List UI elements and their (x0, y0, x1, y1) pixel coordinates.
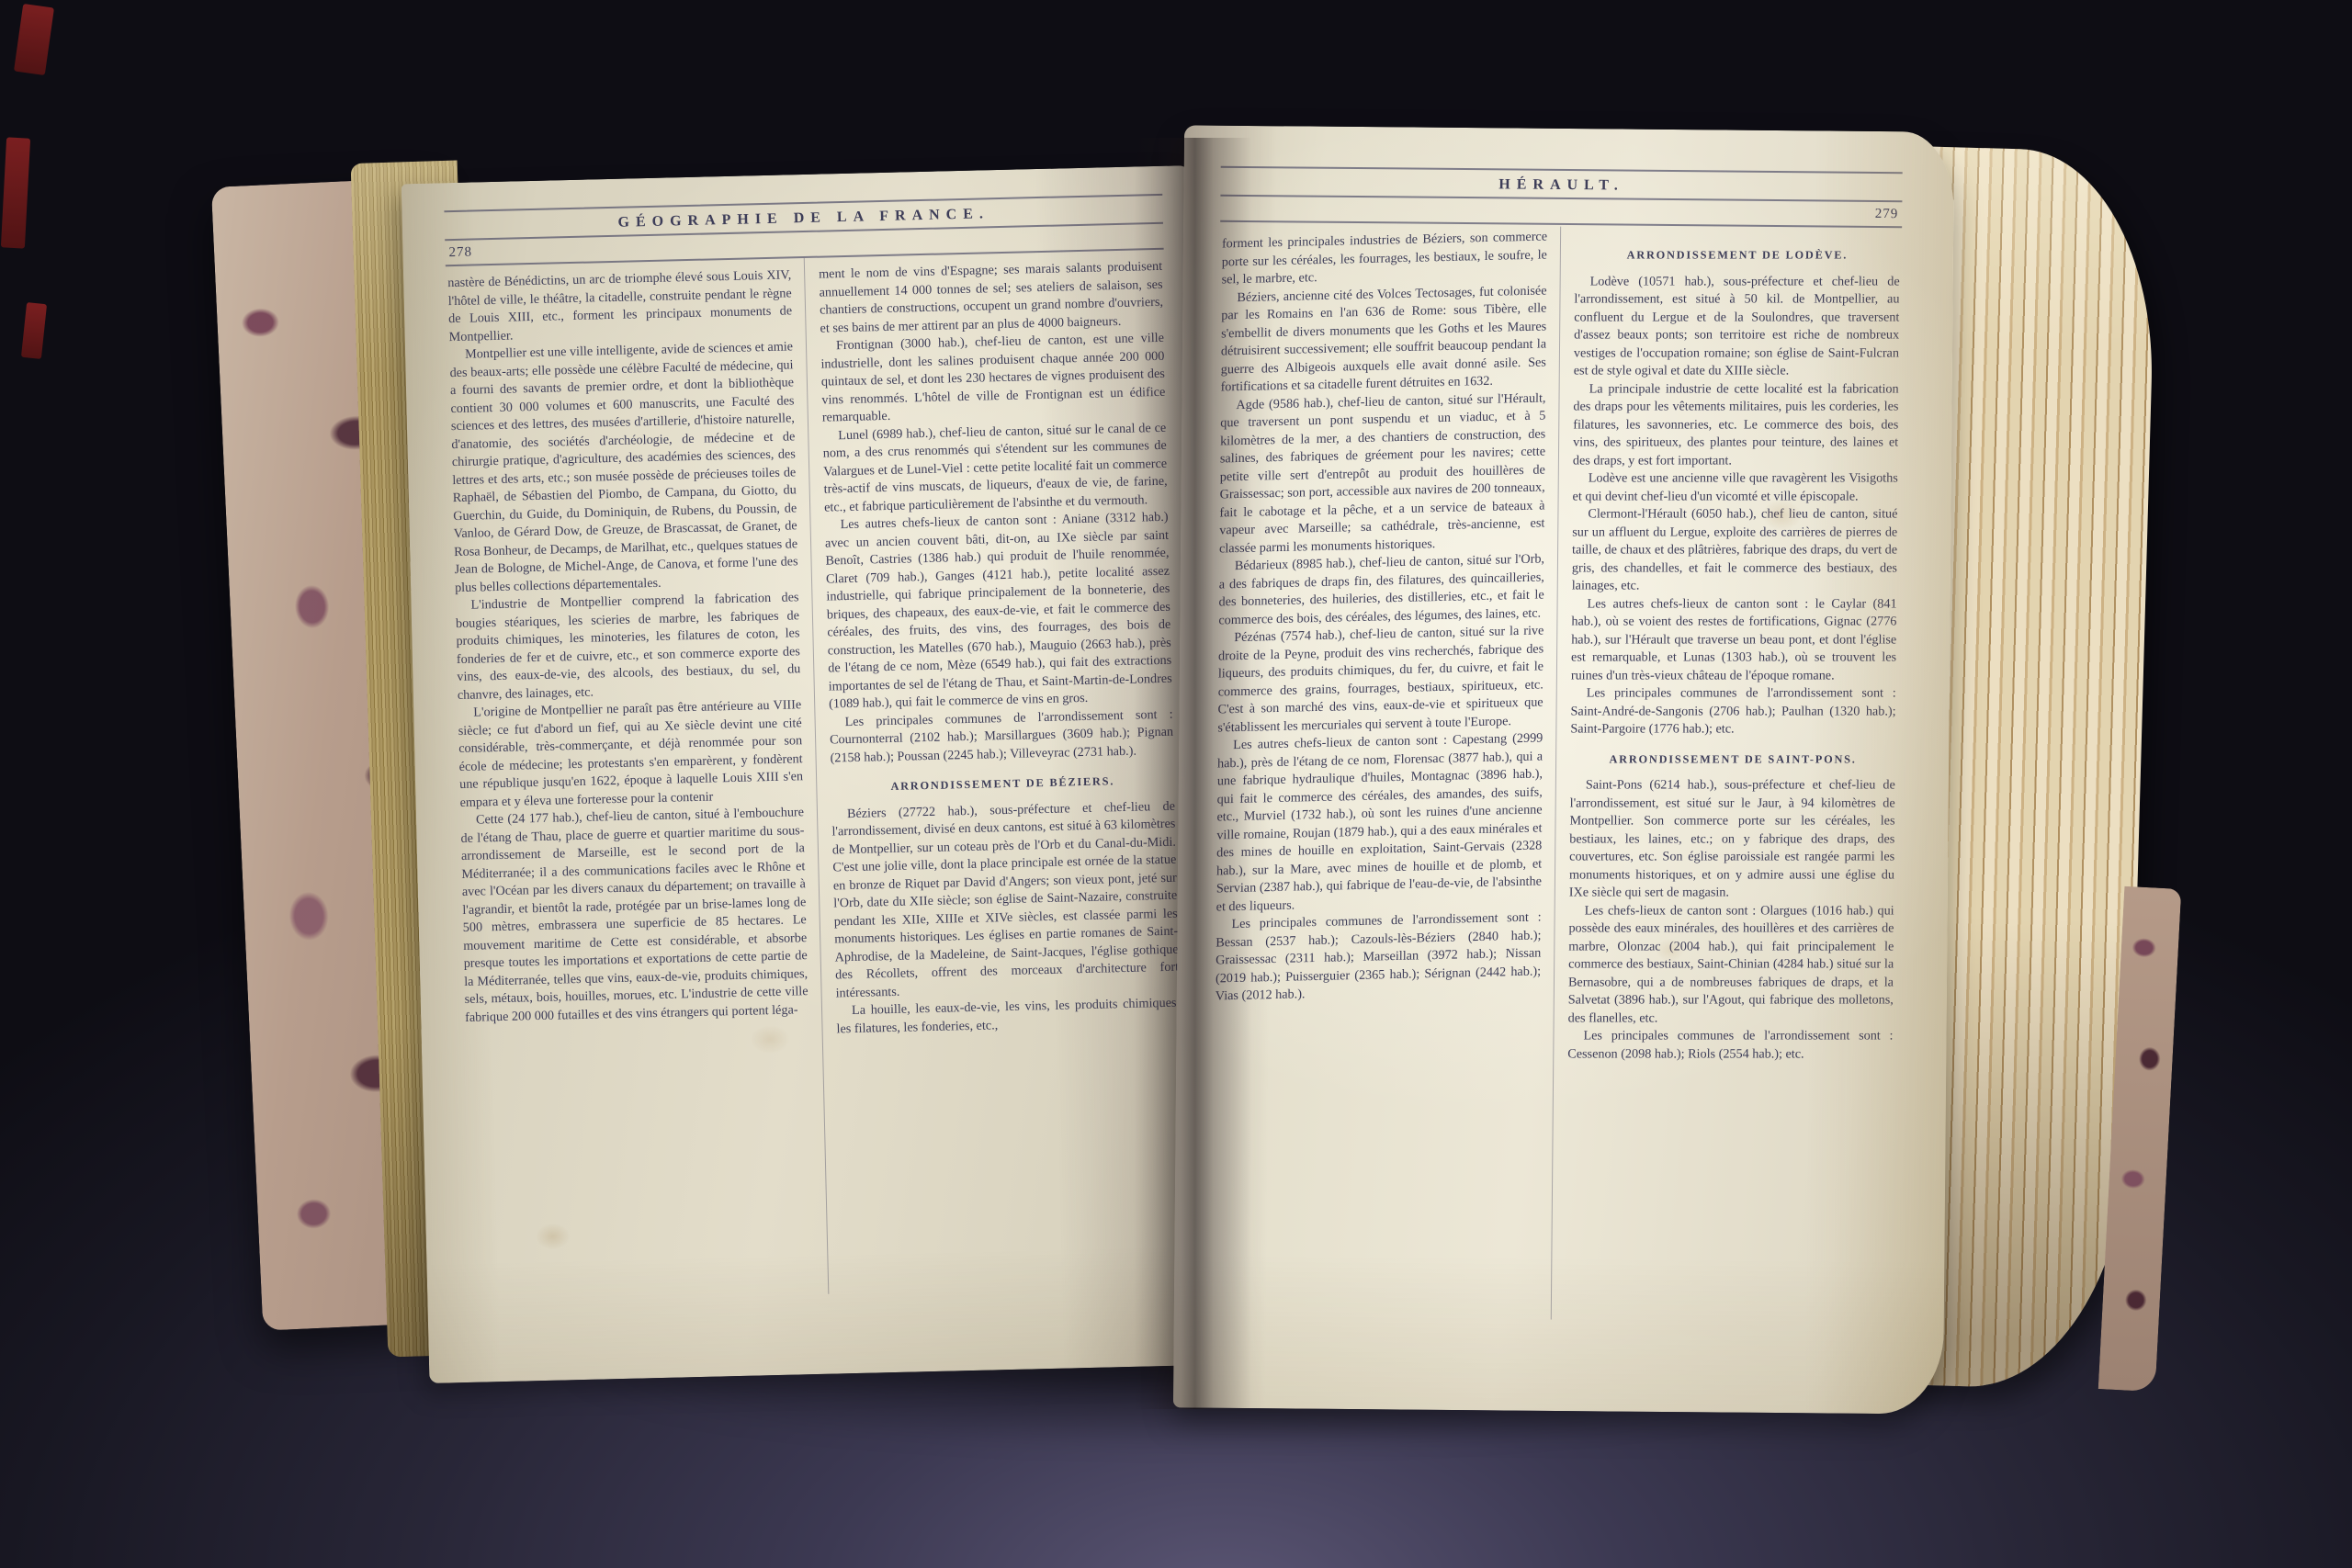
paragraph: L'origine de Montpellier ne paraît pas ê… (458, 696, 804, 812)
text-columns: nastère de Bénédictins, un arc de triomp… (446, 250, 1188, 1303)
section-heading: ARRONDISSEMENT DE LODÈVE. (1578, 247, 1896, 265)
paragraph: Les autres chefs-lieux de canton sont : … (824, 509, 1172, 714)
right-page-content: HÉRAULT. 279 forment les principales ind… (1210, 166, 1902, 1377)
left-page-content: GÉOGRAPHIE DE LA FRANCE. 278 nastère de … (444, 194, 1189, 1351)
paragraph: Béziers (27722 hab.), sous-préfecture et… (831, 797, 1180, 1002)
paragraph: nastère de Bénédictins, un arc de triomp… (447, 266, 793, 346)
text-column-right: ARRONDISSEMENT DE LODÈVE.Lodève (10571 h… (1551, 227, 1902, 1320)
red-cover-accent (14, 4, 54, 75)
paragraph: Les principales communes de l'arrondisse… (829, 705, 1173, 767)
paragraph: Les autres chefs-lieux de canton sont : … (1216, 729, 1543, 916)
left-page: GÉOGRAPHIE DE LA FRANCE. 278 nastère de … (401, 165, 1222, 1383)
text-columns: forment les principales industries de Bé… (1211, 222, 1902, 1321)
paragraph: forment les principales industries de Bé… (1222, 228, 1548, 289)
text-column-right: ment le nom de vins d'Espagne; ses marai… (804, 250, 1188, 1294)
paragraph: Béziers, ancienne cité des Volces Tectos… (1221, 282, 1547, 397)
paragraph: Bédarieux (8985 hab.), chef-lieu de cant… (1218, 550, 1544, 629)
paragraph: Cette (24 177 hab.), chef-lieu de canton… (460, 804, 808, 1027)
paragraph: Les principales communes de l'arrondisse… (1570, 685, 1896, 739)
paragraph: L'industrie de Montpellier comprend la f… (455, 589, 801, 705)
paragraph: Les autres chefs-lieux de canton sont : … (1571, 595, 1897, 684)
paragraph: Lodève est une ancienne ville que ravagè… (1573, 470, 1898, 506)
text-column-left: nastère de Bénédictins, un arc de triomp… (446, 258, 828, 1303)
photo-of-open-book: GÉOGRAPHIE DE LA FRANCE. 278 nastère de … (0, 0, 2352, 1568)
paragraph: Lodève (10571 hab.), sous-préfecture et … (1574, 273, 1900, 380)
paragraph: Pézénas (7574 hab.), chef-lieu de canton… (1217, 622, 1543, 737)
paragraph: Les chefs-lieux de canton sont : Olargue… (1568, 902, 1894, 1027)
paragraph: La principale industrie de cette localit… (1573, 380, 1899, 469)
paragraph: ment le nom de vins d'Espagne; ses marai… (819, 258, 1164, 338)
paragraph: Les principales communes de l'arrondisse… (1216, 908, 1542, 1006)
page-number: 278 (448, 245, 472, 262)
right-page: HÉRAULT. 279 forment les principales ind… (1173, 125, 1954, 1414)
paragraph: Les principales communes de l'arrondisse… (1567, 1028, 1893, 1064)
paragraph: Agde (9586 hab.), chef-lieu de canton, s… (1219, 389, 1546, 558)
page-number: 279 (1875, 207, 1899, 222)
text-column-left: forment les principales industries de Bé… (1211, 220, 1560, 1320)
paragraph: La houille, les eaux-de-vie, les vins, l… (836, 995, 1181, 1039)
section-heading: ARRONDISSEMENT DE SAINT-PONS. (1574, 750, 1892, 768)
section-heading: ARRONDISSEMENT DE BÉZIERS. (834, 772, 1170, 797)
red-cover-accent (21, 302, 47, 359)
paragraph: Saint-Pons (6214 hab.), sous-préfecture … (1569, 777, 1895, 902)
paragraph: Frontignan (3000 hab.), chef-lieu de can… (820, 330, 1166, 427)
red-cover-accent (1, 137, 30, 248)
paragraph: Lunel (6989 hab.), chef-lieu de canton, … (822, 419, 1168, 516)
paragraph: Montpellier est une ville intelligente, … (449, 338, 798, 597)
paragraph: Clermont-l'Hérault (6050 hab.), chef lie… (1572, 506, 1898, 595)
